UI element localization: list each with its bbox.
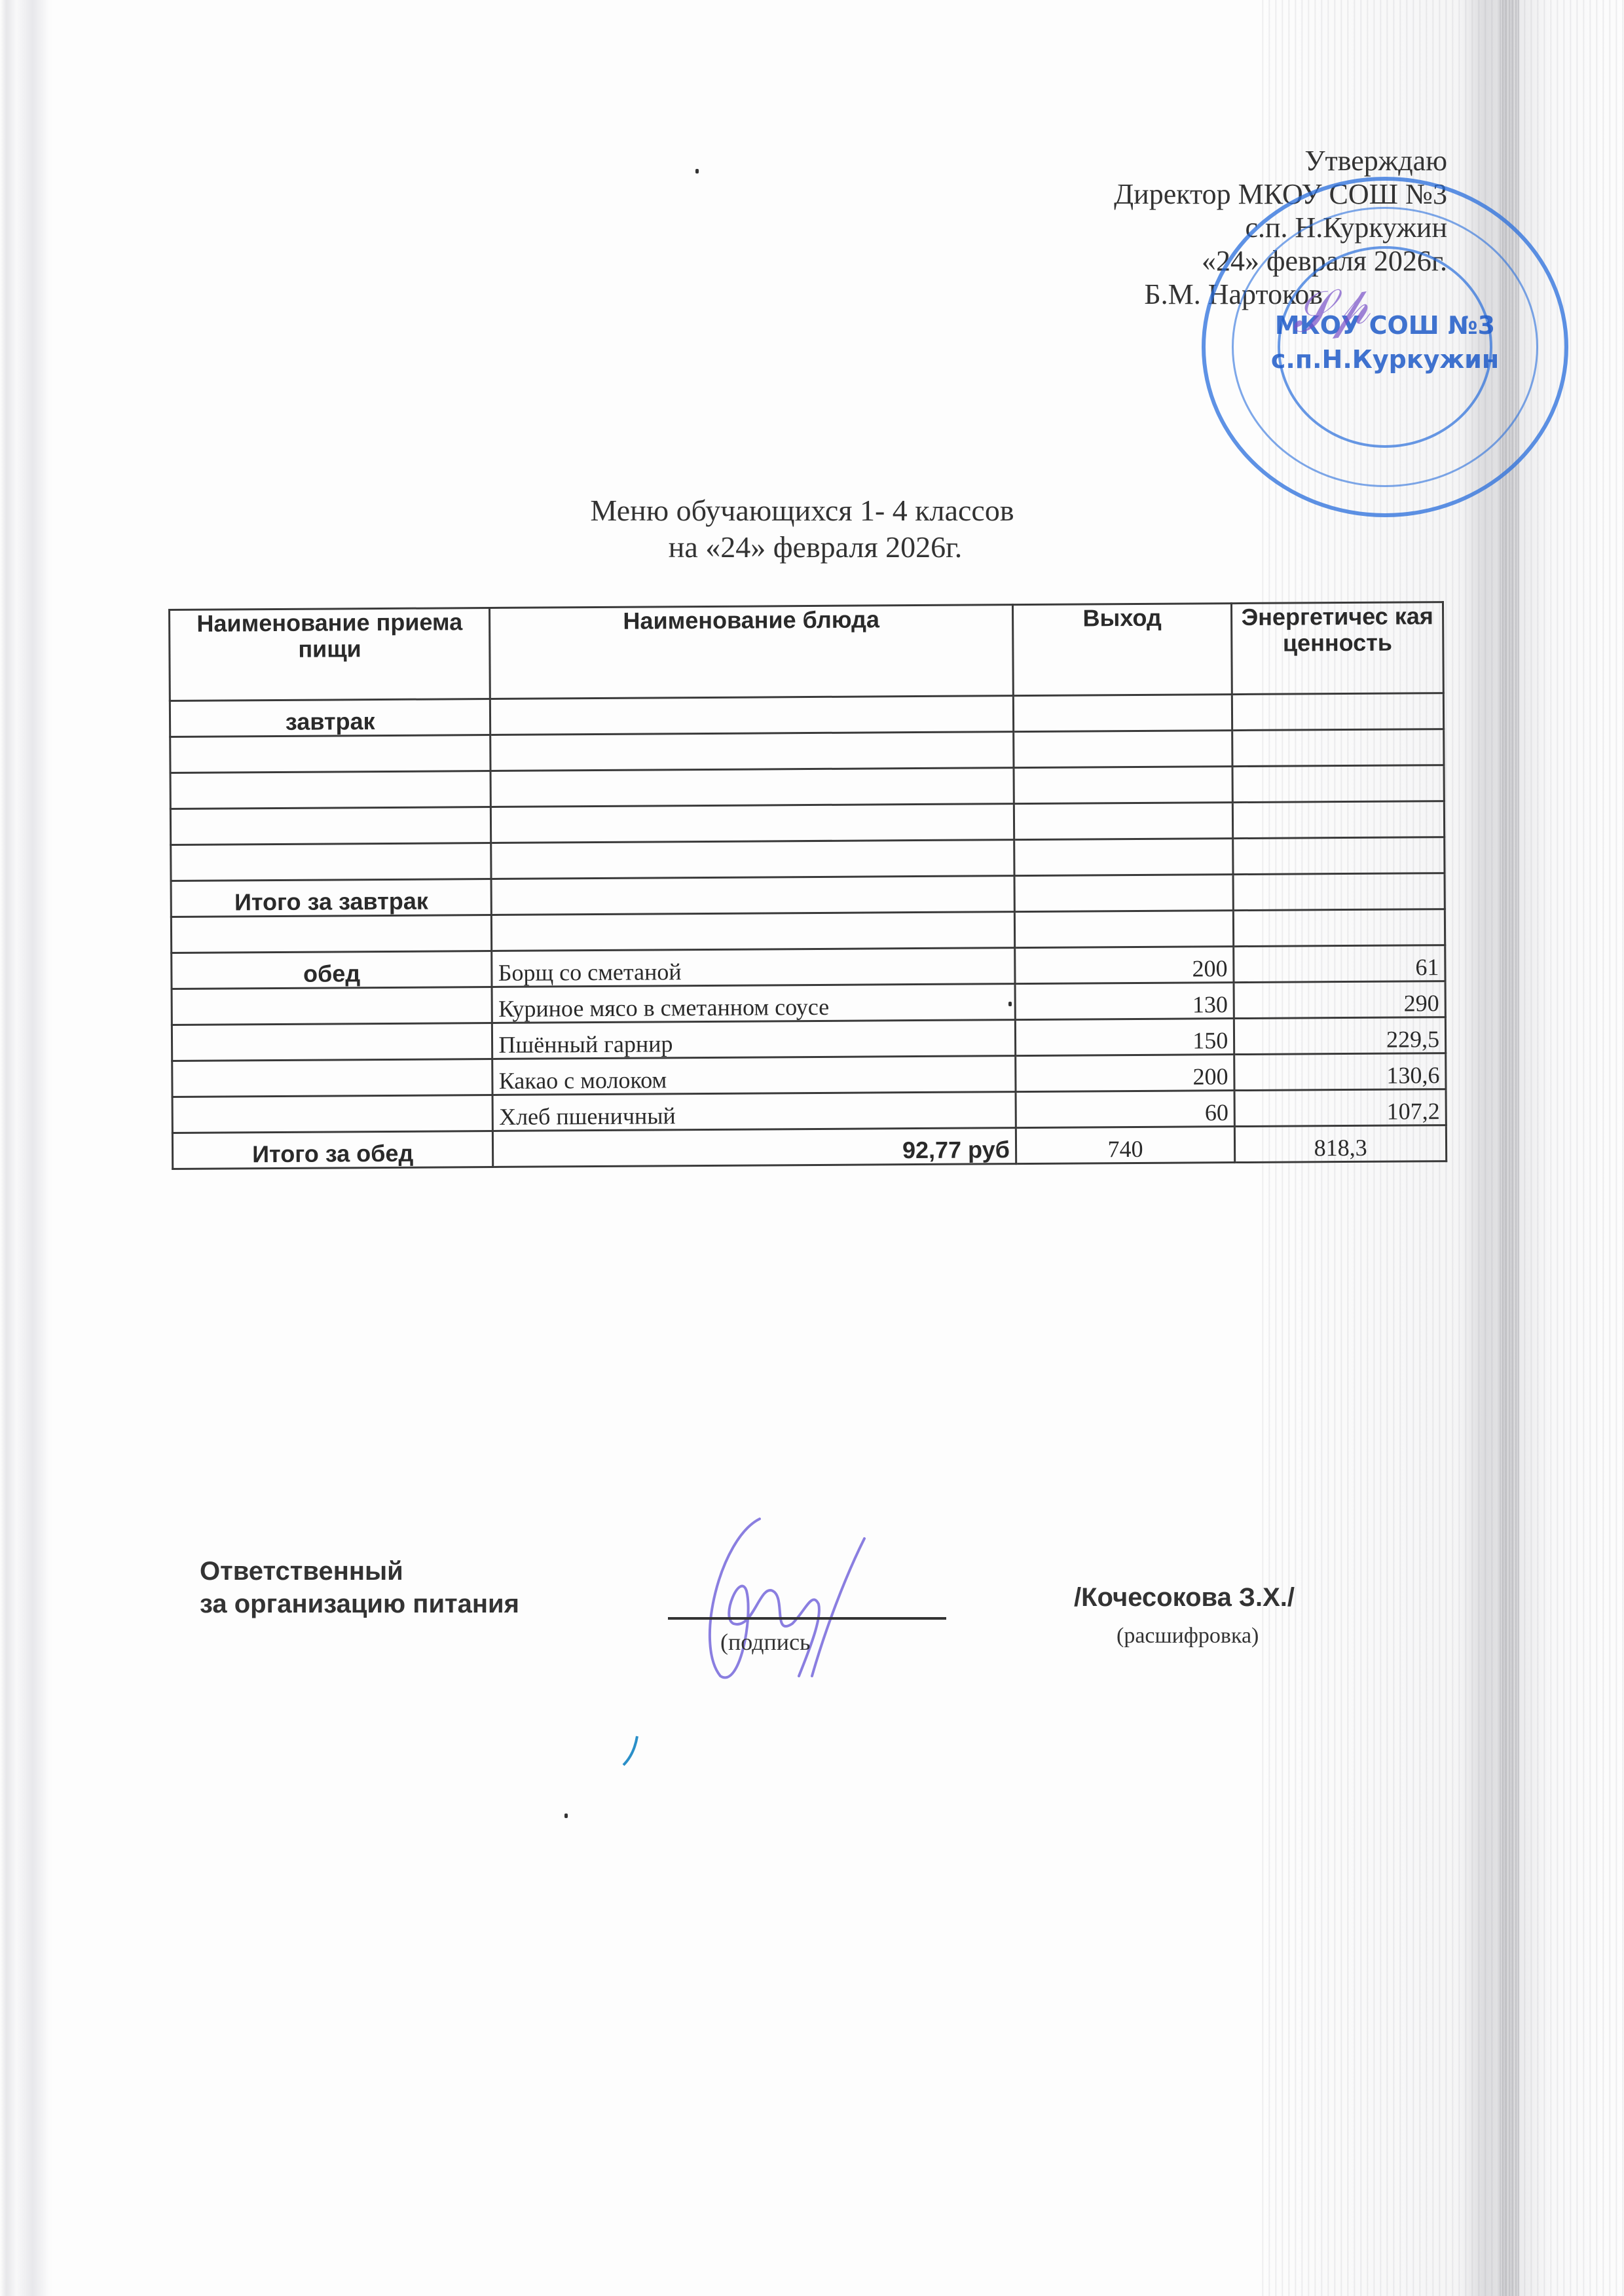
dish-yield: 130: [1015, 983, 1234, 1020]
lunch-total-label: Итого за обед: [172, 1131, 493, 1169]
dish-yield: 200: [1014, 947, 1234, 984]
ink-mark: [621, 1735, 640, 1768]
dish-name: Куриное мясо в сметанном соусе: [492, 984, 1015, 1023]
dish-energy: 61: [1234, 945, 1445, 983]
dish-yield: 60: [1016, 1091, 1235, 1128]
dish-name: Хлеб пшеничный: [492, 1092, 1016, 1131]
table-header-row: Наименование приема пищи Наименование бл…: [170, 602, 1444, 701]
responsible-signature: [681, 1512, 891, 1683]
page-title: Меню обучающихся 1- 4 классов на «24» фе…: [0, 492, 1624, 566]
scan-artifact-left: [0, 0, 52, 2296]
responsible-name: /Кочесокова З.Х./: [1074, 1583, 1295, 1613]
dish-energy: 130,6: [1234, 1053, 1446, 1091]
dish-yield: 150: [1015, 1019, 1234, 1056]
signature-line: [668, 1617, 946, 1620]
breakfast-total-label: Итого за завтрак: [171, 879, 492, 917]
header-energy: Энергетичес кая ценность: [1232, 602, 1444, 695]
responsible-line-2: за организацию питания: [200, 1588, 519, 1620]
name-caption: (расшифровка): [1116, 1624, 1259, 1649]
header-dish: Наименование блюда: [490, 605, 1013, 699]
dish-name: Какао с молоком: [492, 1056, 1016, 1095]
dish-energy: 107,2: [1234, 1089, 1446, 1127]
approval-line: Утверждаю: [1114, 144, 1447, 177]
dish-name: Борщ со сметаной: [492, 948, 1015, 987]
lunch-total-energy: 818,3: [1235, 1125, 1447, 1163]
meal-breakfast: завтрак: [170, 699, 490, 737]
responsible-line-1: Ответственный: [200, 1555, 519, 1588]
scan-speck: [564, 1813, 568, 1818]
dish-energy: 229,5: [1234, 1017, 1446, 1055]
stamp-line: МКОУ СОШ №3: [1206, 308, 1564, 342]
scan-speck: [695, 169, 699, 173]
responsible-label: Ответственный за организацию питания: [200, 1555, 519, 1620]
stamp-line: с.п.Н.Куркужин: [1206, 342, 1564, 376]
menu-table: Наименование приема пищи Наименование бл…: [168, 601, 1447, 1170]
header-yield: Выход: [1012, 604, 1232, 696]
header-meal: Наименование приема пищи: [170, 608, 490, 701]
lunch-total-cost: 92,77 руб: [493, 1128, 1016, 1167]
dish-yield: 200: [1016, 1055, 1235, 1092]
title-line-1: Меню обучающихся 1- 4 классов: [0, 492, 1624, 529]
director-signature: 𝒮𝓅: [1287, 274, 1373, 346]
official-stamp: МКОУ СОШ №3 с.п.Н.Куркужин 𝒮𝓅: [1202, 177, 1568, 517]
dish-name: Пшённый гарнир: [492, 1020, 1016, 1059]
table-row: Итого за обед 92,77 руб 740 818,3: [172, 1125, 1446, 1169]
scan-speck: [1008, 1002, 1012, 1006]
title-line-2: на «24» февраля 2026г.: [7, 529, 1624, 566]
meal-lunch: обед: [172, 951, 492, 989]
stamp-center-text: МКОУ СОШ №3 с.п.Н.Куркужин: [1206, 308, 1564, 376]
dish-energy: 290: [1234, 981, 1445, 1019]
signature-caption: (подпись: [720, 1628, 810, 1656]
lunch-total-yield: 740: [1016, 1127, 1235, 1164]
